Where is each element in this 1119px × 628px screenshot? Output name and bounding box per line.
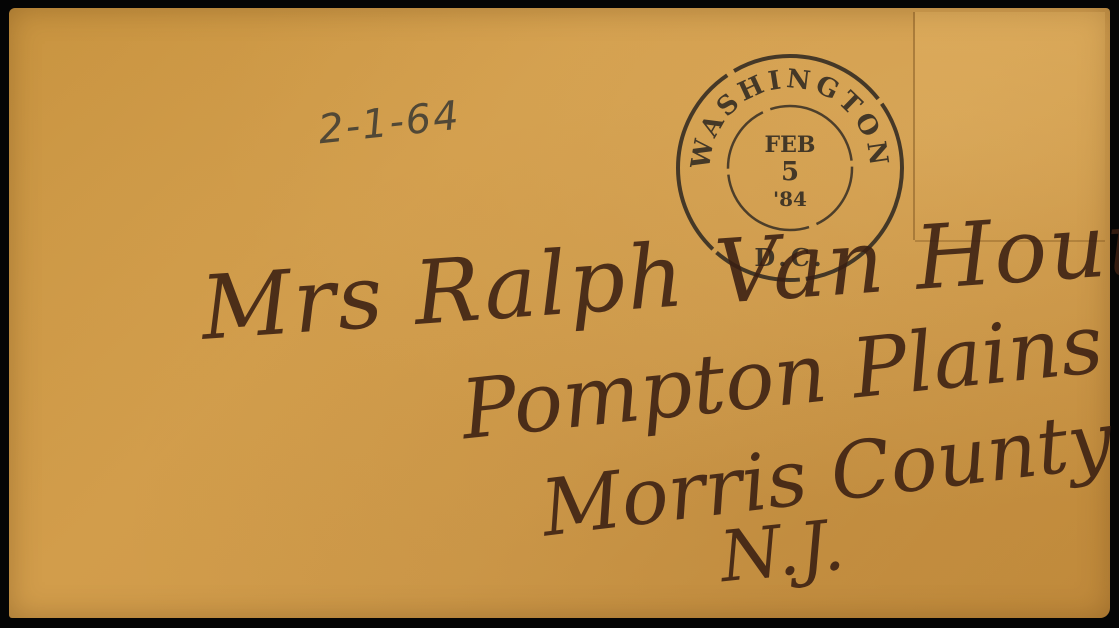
address-state: N.J. — [716, 504, 848, 599]
postmark-month: FEB — [765, 132, 816, 158]
postmark-day: 5 — [781, 157, 799, 187]
postmark-year: '84 — [773, 187, 807, 211]
flap-fold-edge — [913, 12, 915, 240]
